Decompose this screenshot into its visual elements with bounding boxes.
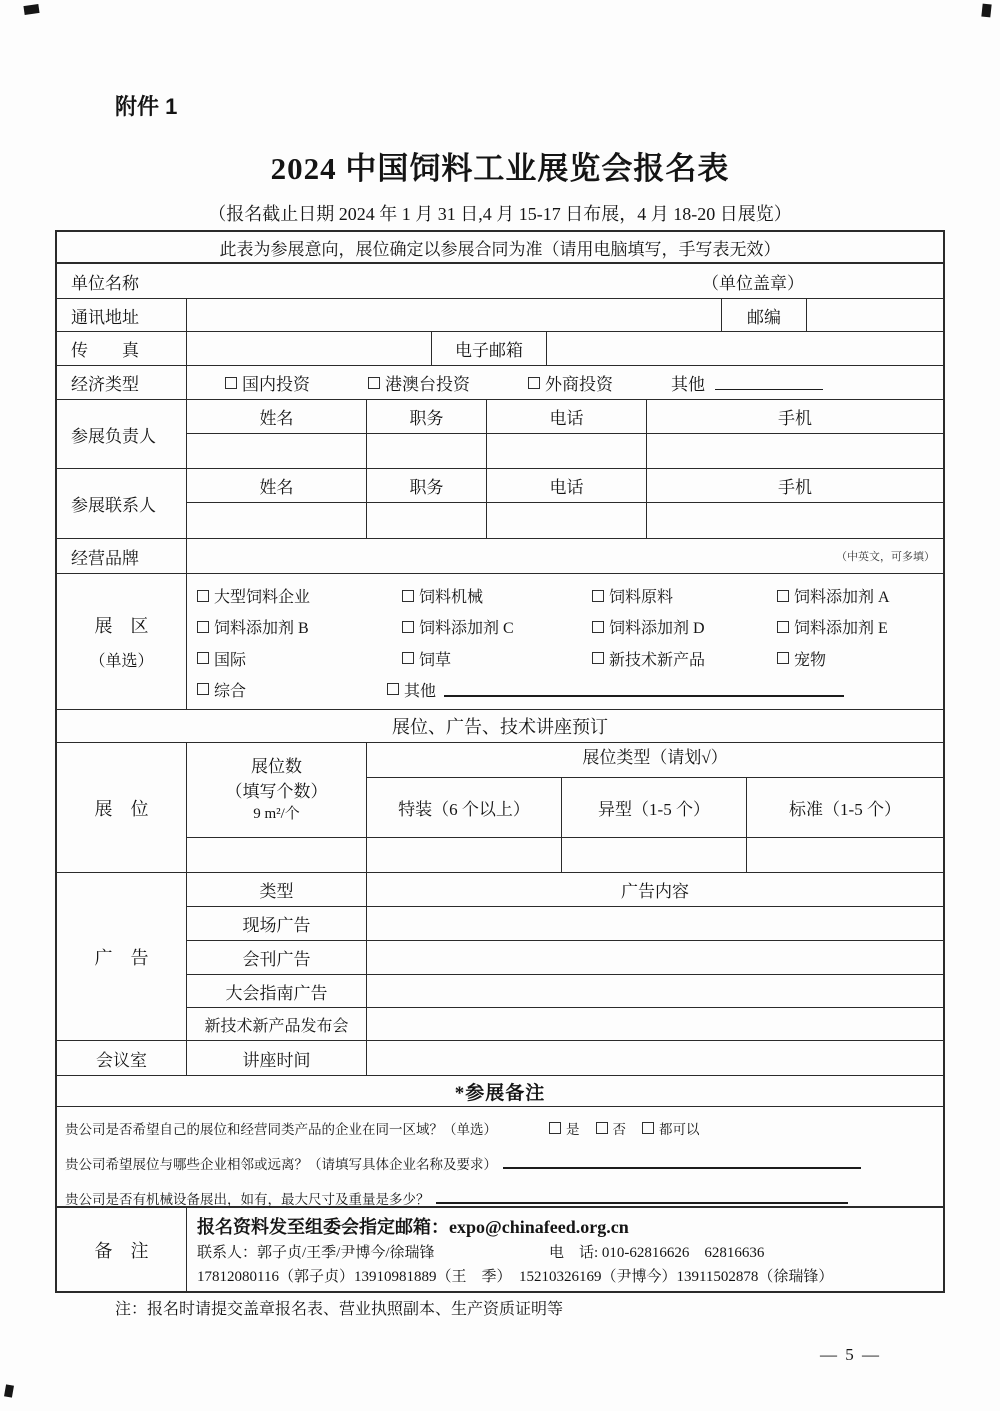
registration-form-table: 此表为参展意向，展位确定以参展合同为准（请用电脑填写，手写表无效） 单位名称 （… xyxy=(55,230,945,1293)
address-input[interactable] xyxy=(187,299,722,331)
company-name-label: 单位名称 xyxy=(57,269,139,294)
ads-row-label: 现场广告 xyxy=(187,907,367,940)
ads-launch-input[interactable] xyxy=(367,1008,943,1041)
checkbox-icon[interactable] xyxy=(777,652,789,664)
notes-contacts-line: 联系人：郭子贞/王季/尹博今/徐瑞锋 电 话: 010-62816626 628… xyxy=(197,1239,937,1263)
brand-row: 经营品牌 （中英文，可多填） xyxy=(57,539,943,574)
leader-phone-input[interactable] xyxy=(487,434,647,468)
checkbox-icon[interactable] xyxy=(197,683,209,695)
leader-header-row: 姓名 职务 电话 手机 xyxy=(187,400,943,434)
economy-option-domestic[interactable]: 国内投资 xyxy=(225,370,310,395)
zones-row-3: 国际 饲草 新技术新产品 宠物 xyxy=(197,643,943,674)
notice-row: 此表为参展意向，展位确定以参展合同为准（请用电脑填写，手写表无效） xyxy=(57,232,943,264)
zone-option[interactable]: 饲料机械 xyxy=(402,584,592,607)
ads-table: 类型 广告内容 现场广告 会刊广告 大会指南广告 新技术新产品发布会 xyxy=(187,873,943,1040)
booth-shaped-input[interactable] xyxy=(562,838,747,873)
ads-journal-input[interactable] xyxy=(367,941,943,974)
economy-other-input[interactable] xyxy=(715,376,823,390)
leader-table: 姓名 职务 电话 手机 xyxy=(187,400,943,468)
submission-footnote: 注：报名时请提交盖章报名表、营业执照副本、生产资质证明等 xyxy=(115,1296,563,1319)
leader-name-input[interactable] xyxy=(187,434,367,468)
q3-answer-input[interactable] xyxy=(436,1192,848,1204)
remarks-header: *参展备注 xyxy=(455,1078,546,1105)
brand-label: 经营品牌 xyxy=(57,539,187,573)
contact-title-input[interactable] xyxy=(367,503,487,538)
remarks-header-row: *参展备注 xyxy=(57,1076,943,1107)
checkbox-icon[interactable] xyxy=(777,621,789,633)
ads-section: 广 告 类型 广告内容 现场广告 会刊广告 大会指南广告 xyxy=(57,873,943,1041)
notes-label: 备 注 xyxy=(57,1208,187,1291)
page-number: — 5 — xyxy=(820,1345,881,1365)
contact-name-input[interactable] xyxy=(187,503,367,538)
scan-artifact xyxy=(23,4,39,15)
zone-option[interactable]: 综合 xyxy=(197,678,387,701)
checkbox-icon[interactable] xyxy=(528,377,540,389)
checkbox-icon[interactable] xyxy=(197,652,209,664)
ads-row-launch: 新技术新产品发布会 xyxy=(187,1008,943,1041)
ads-label: 广 告 xyxy=(57,873,187,1040)
booth-section: 展 位 展位数 （填写个数） 9 m²/个 展位类型（请划√） 特装（6 个以上… xyxy=(57,743,943,873)
fax-input[interactable] xyxy=(187,332,432,365)
checkbox-icon[interactable] xyxy=(197,590,209,602)
contact-table: 姓名 职务 电话 手机 xyxy=(187,469,943,538)
address-row: 通讯地址 邮编 xyxy=(57,299,943,332)
remarks-q2: 贵公司希望展位与哪些企业相邻或远离？（请填写具体企业名称及要求） xyxy=(65,1148,935,1178)
ads-row-label: 大会指南广告 xyxy=(187,975,367,1007)
ads-onsite-input[interactable] xyxy=(367,907,943,940)
contact-phone-input[interactable] xyxy=(487,503,647,538)
email-input[interactable] xyxy=(547,332,943,365)
leader-col-title: 职务 xyxy=(367,400,487,433)
notes-section: 备 注 报名资料发至组委会指定邮箱：expo@chinafeed.org.cn … xyxy=(57,1206,943,1291)
leader-title-input[interactable] xyxy=(367,434,487,468)
zone-option[interactable]: 饲料添加剂 C xyxy=(402,615,592,638)
economy-other-label: 其他 xyxy=(671,370,705,395)
booth-type-shaped: 异型（1-5 个） xyxy=(562,778,747,837)
zones-label: 展 区 （单选） xyxy=(57,574,187,709)
checkbox-icon[interactable] xyxy=(197,621,209,633)
checkbox-icon[interactable] xyxy=(592,652,604,664)
zone-option[interactable]: 饲料添加剂 E xyxy=(777,615,943,638)
contact-mobile-input[interactable] xyxy=(647,503,943,538)
zone-option[interactable]: 新技术新产品 xyxy=(592,647,777,670)
leader-col-mobile: 手机 xyxy=(647,400,943,433)
checkbox-icon[interactable] xyxy=(402,621,414,633)
meeting-row: 会议室 讲座时间 xyxy=(57,1041,943,1076)
ads-row-journal: 会刊广告 xyxy=(187,941,943,975)
ads-row-onsite: 现场广告 xyxy=(187,907,943,941)
scan-artifact xyxy=(4,1384,14,1397)
ads-header-row: 类型 广告内容 xyxy=(187,873,943,907)
booth-type-standard: 标准（1-5 个） xyxy=(747,778,943,837)
economy-option-foreign[interactable]: 外商投资 xyxy=(528,370,613,395)
booth-count-col: 展位数 （填写个数） 9 m²/个 xyxy=(187,743,367,872)
checkbox-icon[interactable] xyxy=(592,590,604,602)
notice-text: 此表为参展意向，展位确定以参展合同为准（请用电脑填写，手写表无效） xyxy=(220,235,781,260)
checkbox-icon[interactable] xyxy=(642,1122,654,1134)
checkbox-icon[interactable] xyxy=(777,590,789,602)
contact-col-name: 姓名 xyxy=(187,469,367,502)
zone-option[interactable]: 国际 xyxy=(197,647,402,670)
page-title: 2024 中国饲料工业展览会报名表 xyxy=(0,143,1000,188)
zones-row-2: 饲料添加剂 B 饲料添加剂 C 饲料添加剂 D 饲料添加剂 E xyxy=(197,611,943,642)
economy-options: 国内投资 港澳台投资 外商投资 其他 xyxy=(187,366,943,399)
notes-mobiles-line: 17812080116（郭子贞）13910981889（王 季） 1521032… xyxy=(197,1263,937,1287)
company-stamp-label: （单位盖章） xyxy=(702,269,804,294)
zip-input[interactable] xyxy=(807,299,943,331)
remarks-body: 贵公司是否希望自己的展位和经营同类产品的企业在同一区域？（单选） 是 否 都可以… xyxy=(57,1107,943,1207)
leader-col-phone: 电话 xyxy=(487,400,647,433)
checkbox-icon[interactable] xyxy=(402,590,414,602)
fax-label: 传 真 xyxy=(57,332,187,365)
contact-label: 参展联系人 xyxy=(57,469,187,538)
zone-option[interactable]: 饲料添加剂 B xyxy=(197,615,402,638)
booking-header-row: 展位、广告、技术讲座预订 xyxy=(57,709,943,743)
leader-label: 参展负责人 xyxy=(57,400,187,468)
leader-input-row xyxy=(187,434,943,468)
ads-row-label: 新技术新产品发布会 xyxy=(187,1008,367,1041)
leader-mobile-input[interactable] xyxy=(647,434,943,468)
scan-artifact xyxy=(981,4,991,18)
zone-option[interactable]: 宠物 xyxy=(777,647,943,670)
economy-label: 经济类型 xyxy=(57,366,187,399)
contact-col-mobile: 手机 xyxy=(647,469,943,502)
checkbox-icon[interactable] xyxy=(596,1122,608,1134)
economy-row: 经济类型 国内投资 港澳台投资 外商投资 其他 xyxy=(57,366,943,400)
ads-row-label: 会刊广告 xyxy=(187,941,367,974)
checkbox-icon[interactable] xyxy=(387,683,399,695)
meeting-time-label: 讲座时间 xyxy=(187,1041,367,1075)
page-subtitle: （报名截止日期 2024 年 1 月 31 日,4 月 15-17 日布展，4 … xyxy=(0,200,1000,226)
q1-option-no[interactable]: 否 xyxy=(596,1118,627,1138)
zones-row-4: 综合 其他 xyxy=(197,674,943,705)
notes-email-line: 报名资料发至组委会指定邮箱：expo@chinafeed.org.cn xyxy=(197,1213,937,1239)
zone-option[interactable]: 饲料添加剂 D xyxy=(592,615,777,638)
booth-special-input[interactable] xyxy=(367,838,562,873)
document-page: 附件 1 2024 中国饲料工业展览会报名表 （报名截止日期 2024 年 1 … xyxy=(0,0,1000,1411)
contact-header-row: 姓名 职务 电话 手机 xyxy=(187,469,943,503)
zone-option[interactable]: 饲料原料 xyxy=(592,584,777,607)
booth-standard-input[interactable] xyxy=(747,838,943,873)
zones-section: 展 区 （单选） 大型饲料企业 饲料机械 饲料原料 饲料添加剂 A 饲料添加剂 … xyxy=(57,574,943,710)
zones-options: 大型饲料企业 饲料机械 饲料原料 饲料添加剂 A 饲料添加剂 B 饲料添加剂 C… xyxy=(187,574,943,709)
brand-note: （中英文，可多填） xyxy=(836,548,943,564)
contact-section: 参展联系人 姓名 职务 电话 手机 xyxy=(57,469,943,539)
checkbox-icon[interactable] xyxy=(225,377,237,389)
booth-type-header: 展位类型（请划√） xyxy=(367,743,943,778)
q2-answer-input[interactable] xyxy=(503,1157,861,1169)
contact-col-phone: 电话 xyxy=(487,469,647,502)
booth-type-special: 特装（6 个以上） xyxy=(367,778,562,837)
zone-option[interactable]: 饲料添加剂 A xyxy=(777,584,943,607)
remarks-q1: 贵公司是否希望自己的展位和经营同类产品的企业在同一区域？（单选） 是 否 都可以 xyxy=(65,1113,935,1143)
q1-option-yes[interactable]: 是 xyxy=(549,1118,580,1138)
checkbox-icon[interactable] xyxy=(549,1122,561,1134)
q1-option-either[interactable]: 都可以 xyxy=(642,1118,700,1138)
leader-col-name: 姓名 xyxy=(187,400,367,433)
booth-count-input[interactable] xyxy=(187,838,366,873)
ads-type-header: 类型 xyxy=(187,873,367,906)
notes-content: 报名资料发至组委会指定邮箱：expo@chinafeed.org.cn 联系人：… xyxy=(187,1208,943,1291)
zone-option[interactable]: 大型饲料企业 xyxy=(197,584,402,607)
economy-option-hmt[interactable]: 港澳台投资 xyxy=(368,370,470,395)
booth-count-header: 展位数 （填写个数） 9 m²/个 xyxy=(187,743,366,838)
brand-input[interactable]: （中英文，可多填） xyxy=(187,539,943,573)
company-name-row[interactable]: 单位名称 （单位盖章） xyxy=(57,264,943,299)
zone-option-other[interactable]: 其他 xyxy=(387,678,436,701)
attachment-label: 附件 1 xyxy=(115,90,177,121)
booth-type-col: 展位类型（请划√） 特装（6 个以上） 异型（1-5 个） 标准（1-5 个） xyxy=(367,743,943,872)
ads-row-guide: 大会指南广告 xyxy=(187,975,943,1008)
booth-label: 展 位 xyxy=(57,743,187,872)
meeting-label: 会议室 xyxy=(57,1041,187,1075)
checkbox-icon[interactable] xyxy=(592,621,604,633)
ads-guide-input[interactable] xyxy=(367,975,943,1007)
checkbox-icon[interactable] xyxy=(402,652,414,664)
booth-blank-row xyxy=(367,838,943,873)
zone-other-input[interactable] xyxy=(444,681,844,697)
fax-row: 传 真 电子邮箱 xyxy=(57,332,943,366)
zones-row-1: 大型饲料企业 饲料机械 饲料原料 饲料添加剂 A xyxy=(197,580,943,611)
booth-type-row: 特装（6 个以上） 异型（1-5 个） 标准（1-5 个） xyxy=(367,778,943,838)
meeting-time-input[interactable] xyxy=(367,1041,943,1075)
ads-content-header: 广告内容 xyxy=(367,873,943,906)
contact-col-title: 职务 xyxy=(367,469,487,502)
address-label: 通讯地址 xyxy=(57,299,187,331)
zip-label: 邮编 xyxy=(722,299,807,331)
email-label: 电子邮箱 xyxy=(432,332,547,365)
contact-input-row xyxy=(187,503,943,538)
booking-header: 展位、广告、技术讲座预订 xyxy=(392,713,608,739)
zone-option[interactable]: 饲草 xyxy=(402,647,592,670)
checkbox-icon[interactable] xyxy=(368,377,380,389)
leader-section: 参展负责人 姓名 职务 电话 手机 xyxy=(57,400,943,469)
